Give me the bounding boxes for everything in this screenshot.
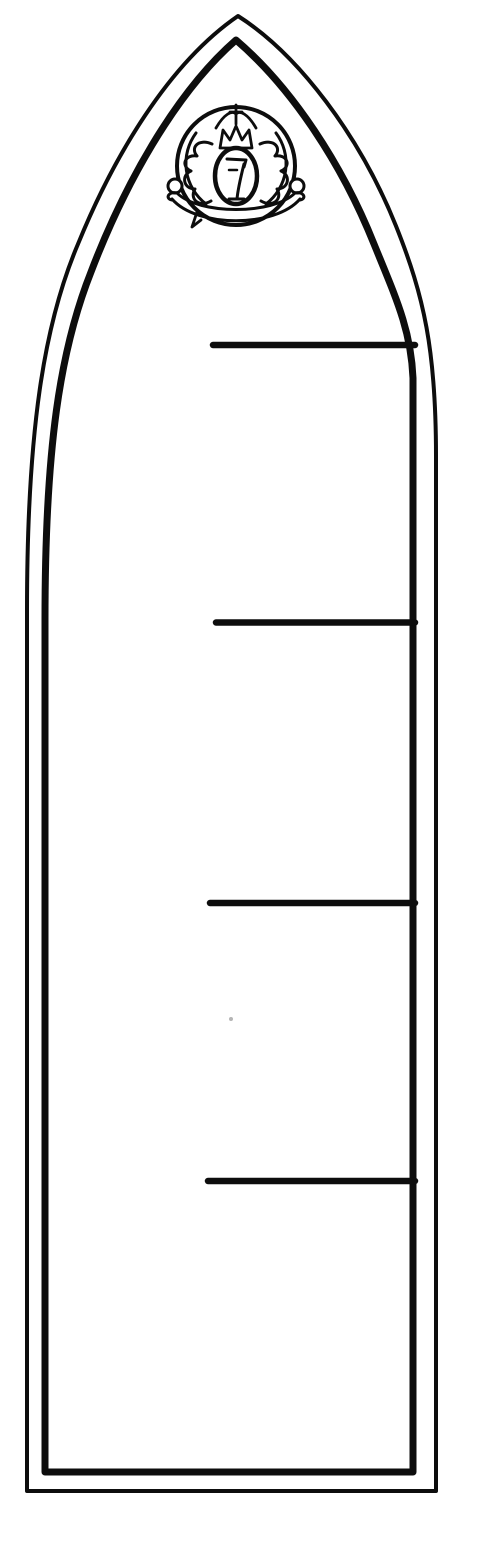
- rule-lines: [208, 345, 415, 1181]
- ribbon-right-end: [295, 193, 304, 200]
- figure-canvas: [0, 0, 480, 1542]
- crest-emblem: [168, 105, 304, 227]
- lancet-arch-drawing: [0, 0, 480, 1542]
- rosette-left-icon: [168, 179, 182, 193]
- ribbon-left-end: [168, 193, 177, 200]
- rosette-right-icon: [290, 179, 304, 193]
- inner-arch-border: [45, 40, 413, 1472]
- scan-speck: [229, 1017, 233, 1021]
- crown-icon: [220, 126, 252, 148]
